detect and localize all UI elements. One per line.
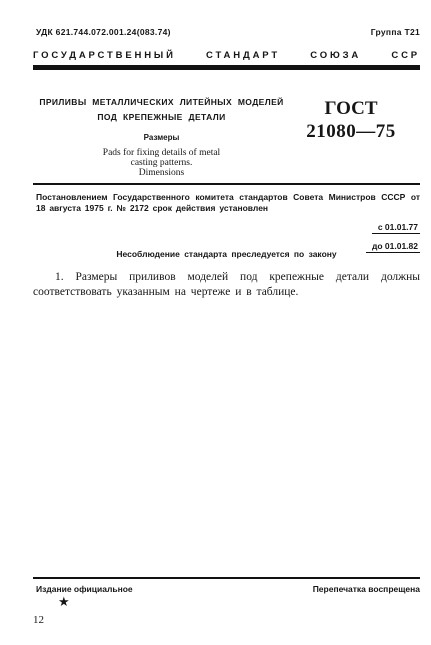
header-rule	[33, 65, 420, 70]
title-block: ПРИЛИВЫ МЕТАЛЛИЧЕСКИХ ЛИТЕЙНЫХ МОДЕЛЕЙ П…	[33, 95, 290, 178]
date-from: с 01.01.77	[372, 222, 420, 234]
title-en-block: Pads for fixing details of metal casting…	[33, 148, 290, 178]
subtitle-ru: Размеры	[33, 133, 290, 142]
udk-number: УДК 621.744.072.001.24(083.74)	[36, 27, 171, 37]
page-number: 12	[33, 614, 44, 626]
document-page: УДК 621.744.072.001.24(083.74) Группа Т2…	[0, 0, 431, 645]
top-classification-row: УДК 621.744.072.001.24(083.74) Группа Т2…	[36, 27, 420, 37]
state-standard-header: ГОСУДАРСТВЕННЫЙ СТАНДАРТ СОЮЗА ССР	[33, 50, 420, 61]
law-notice: Несоблюдение стандарта преследуется по з…	[33, 249, 420, 259]
star-icon: ★	[58, 595, 70, 608]
footer-row: Издание официальное Перепечатка воспреще…	[36, 584, 420, 594]
footer-rule	[33, 577, 420, 579]
official-edition-label: Издание официальное	[36, 584, 133, 594]
decree-paragraph: Постановлением Государственного комитета…	[36, 192, 420, 214]
reprint-prohibited-label: Перепечатка воспрещена	[313, 584, 420, 594]
body-paragraph: 1. Размеры приливов моделей под крепежны…	[33, 270, 420, 300]
title-en-line2: casting patterns.	[33, 158, 290, 168]
gost-number: 21080—75	[300, 122, 402, 142]
title-en-line1: Pads for fixing details of metal	[33, 148, 290, 158]
title-ru-line1: ПРИЛИВЫ МЕТАЛЛИЧЕСКИХ ЛИТЕЙНЫХ МОДЕЛЕЙ	[33, 95, 290, 110]
title-en-line3: Dimensions	[33, 168, 290, 178]
gost-designation-box: ГОСТ 21080—75	[300, 99, 402, 142]
title-ru-line2: ПОД КРЕПЕЖНЫЕ ДЕТАЛИ	[33, 110, 290, 125]
gost-label: ГОСТ	[300, 99, 402, 119]
group-label: Группа Т21	[371, 27, 420, 37]
section-rule	[33, 183, 420, 185]
